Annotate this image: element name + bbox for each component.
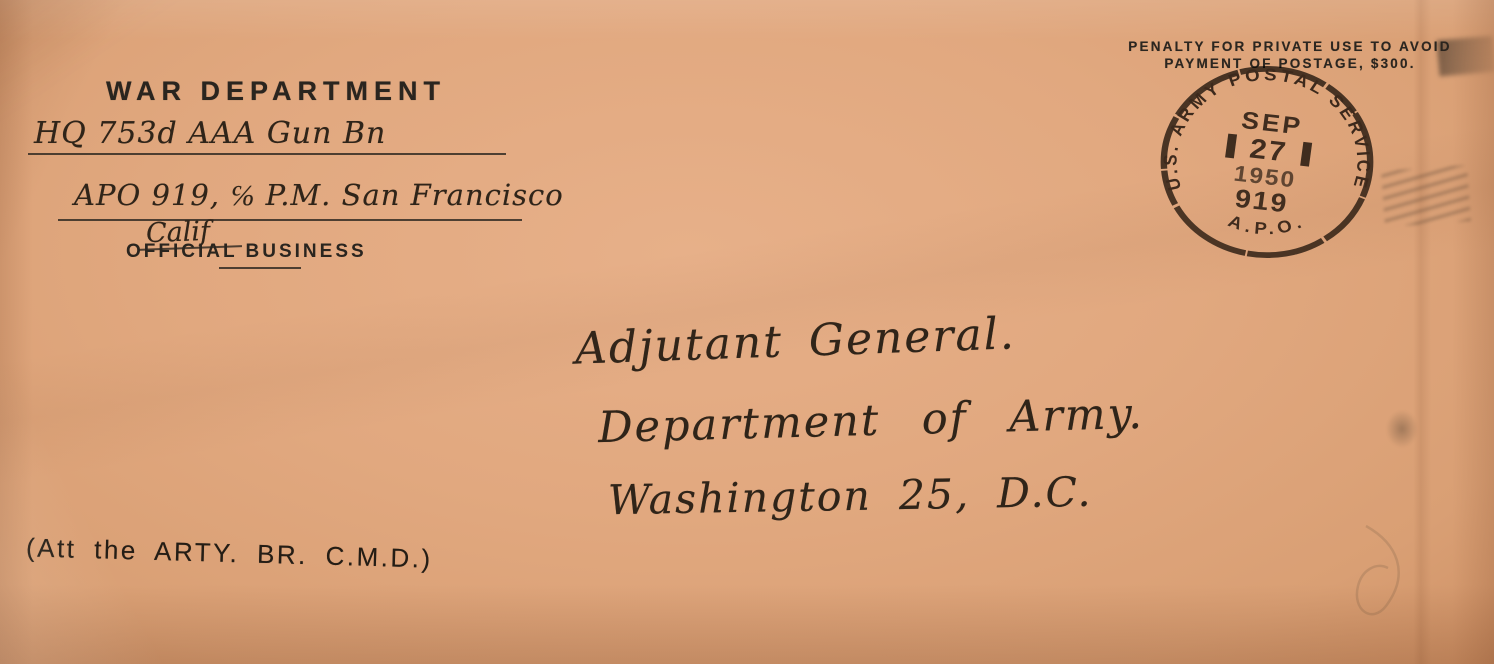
postmark-stamp: U.S. ARMY POSTAL SERVICE A.P.O. SEP 27 1…	[1154, 60, 1380, 264]
ink-smudge-spot	[1386, 410, 1418, 448]
penalty-line-1: PENALTY FOR PRIVATE USE TO AVOID	[1100, 38, 1480, 55]
address-rule-2	[58, 219, 522, 221]
pencil-mark	[1328, 518, 1458, 648]
recipient-address-line-3: Washington 25, D.C.	[608, 468, 1093, 524]
ink-smear-corner	[1437, 36, 1494, 77]
war-department-heading: WAR DEPARTMENT	[106, 76, 446, 107]
official-business-label: OFFICIAL BUSINESS	[126, 241, 367, 263]
ink-smear-streaks	[1381, 165, 1471, 227]
postmark-killer-bar-right	[1300, 142, 1312, 167]
address-rule-1	[28, 153, 506, 155]
recipient-address-line-2: Department of Army.	[597, 389, 1144, 453]
postmark-killer-bar-left	[1225, 134, 1237, 159]
return-address-unit-line: HQ 753d AAA Gun Bn	[34, 116, 386, 151]
official-business-underline	[219, 267, 301, 269]
envelope-scan: WAR DEPARTMENT HQ 753d AAA Gun Bn APO 91…	[0, 0, 1494, 664]
return-address-apo-line: APO 919, ℅ P.M. San Francisco	[74, 178, 564, 213]
attention-note: (Att the ARTY. BR. C.M.D.)	[26, 532, 433, 574]
postmark-apo-number: 919	[1233, 183, 1290, 218]
recipient-address-line-1: Adjutant General.	[574, 308, 1016, 374]
